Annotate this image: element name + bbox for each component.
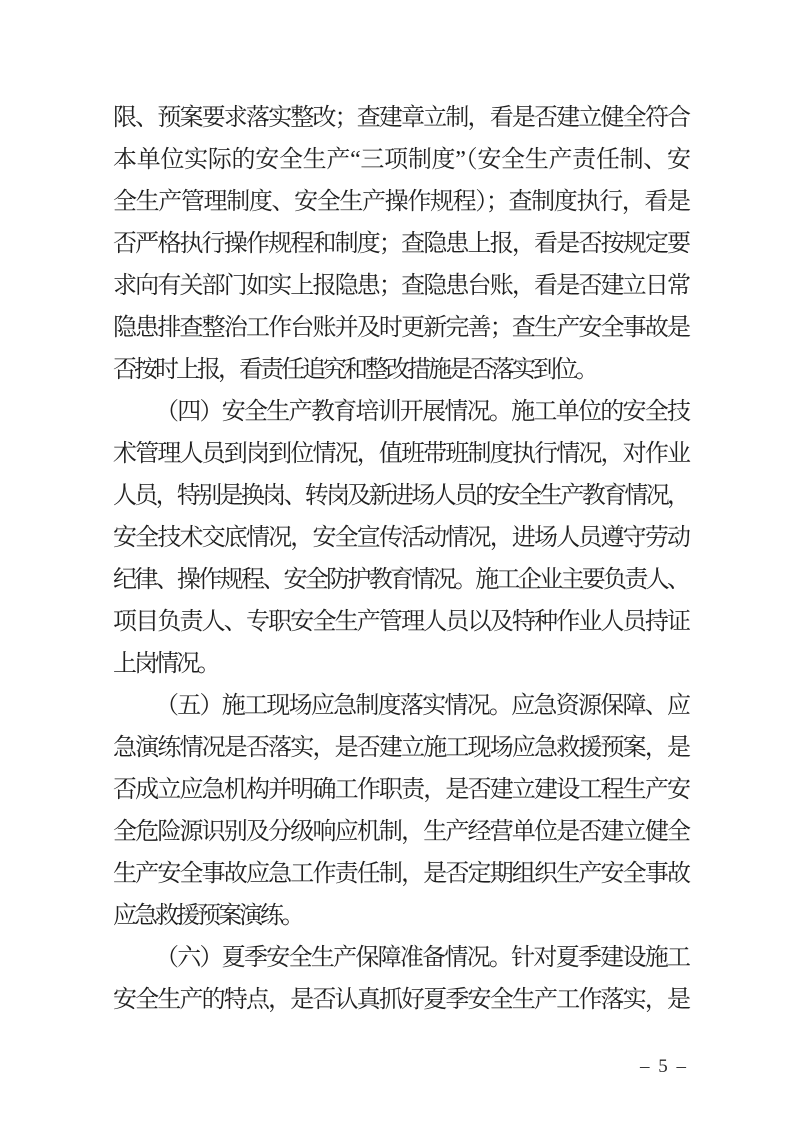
text-line: 全生产管理制度、安全生产操作规程）；查制度执行，看是 — [113, 181, 688, 223]
paragraph-inspection-items-continued: 限、预案要求落实整改；查建章立制，看是否建立健全符合 本单位实际的安全生产“三项… — [113, 97, 688, 391]
text-line: 安全技术交底情况，安全宣传活动情况，进场人员遵守劳动 — [113, 517, 688, 559]
text-line: （六）夏季安全生产保障准备情况。针对夏季建设施工 — [113, 937, 688, 979]
text-line: 生产安全事故应急工作责任制，是否定期组织生产安全事故 — [113, 853, 688, 895]
text-line: （五）施工现场应急制度落实情况。应急资源保障、应 — [113, 685, 688, 727]
document-text-block: 限、预案要求落实整改；查建章立制，看是否建立健全符合 本单位实际的安全生产“三项… — [113, 97, 688, 1021]
text-line: 否按时上报，看责任追究和整改措施是否落实到位。 — [113, 349, 688, 391]
text-line: 急演练情况是否落实，是否建立施工现场应急救援预案，是 — [113, 727, 688, 769]
text-line: 安全生产的特点，是否认真抓好夏季安全生产工作落实，是 — [113, 979, 688, 1021]
text-line: 纪律、操作规程、安全防护教育情况。施工企业主要负责人、 — [113, 559, 688, 601]
text-line: 否成立应急机构并明确工作职责，是否建立建设工程生产安 — [113, 769, 688, 811]
text-line: 隐患排查整治工作台账并及时更新完善；查生产安全事故是 — [113, 307, 688, 349]
paragraph-item-4-education-training: （四）安全生产教育培训开展情况。施工单位的安全技 术管理人员到岗到位情况，值班带… — [113, 391, 688, 685]
text-line: 限、预案要求落实整改；查建章立制，看是否建立健全符合 — [113, 97, 688, 139]
page-number: – 5 – — [640, 1056, 688, 1078]
text-line: 求向有关部门如实上报隐患；查隐患台账，看是否建立日常 — [113, 265, 688, 307]
text-line: 人员，特别是换岗、转岗及新进场人员的安全生产教育情况， — [113, 475, 688, 517]
text-line: 上岗情况。 — [113, 643, 688, 685]
paragraph-item-6-summer-safety: （六）夏季安全生产保障准备情况。针对夏季建设施工 安全生产的特点，是否认真抓好夏… — [113, 937, 688, 1021]
text-line: 应急救援预案演练。 — [113, 895, 688, 937]
text-line: 本单位实际的安全生产“三项制度”（安全生产责任制、安 — [113, 139, 688, 181]
text-line: 术管理人员到岗到位情况，值班带班制度执行情况，对作业 — [113, 433, 688, 475]
text-line: 全危险源识别及分级响应机制，生产经营单位是否建立健全 — [113, 811, 688, 853]
text-line: 否严格执行操作规程和制度；查隐患上报，看是否按规定要 — [113, 223, 688, 265]
text-line: 项目负责人、专职安全生产管理人员以及特种作业人员持证 — [113, 601, 688, 643]
document-page: 限、预案要求落实整改；查建章立制，看是否建立健全符合 本单位实际的安全生产“三项… — [0, 0, 800, 1147]
paragraph-item-5-emergency-system: （五）施工现场应急制度落实情况。应急资源保障、应 急演练情况是否落实，是否建立施… — [113, 685, 688, 937]
text-line: （四）安全生产教育培训开展情况。施工单位的安全技 — [113, 391, 688, 433]
